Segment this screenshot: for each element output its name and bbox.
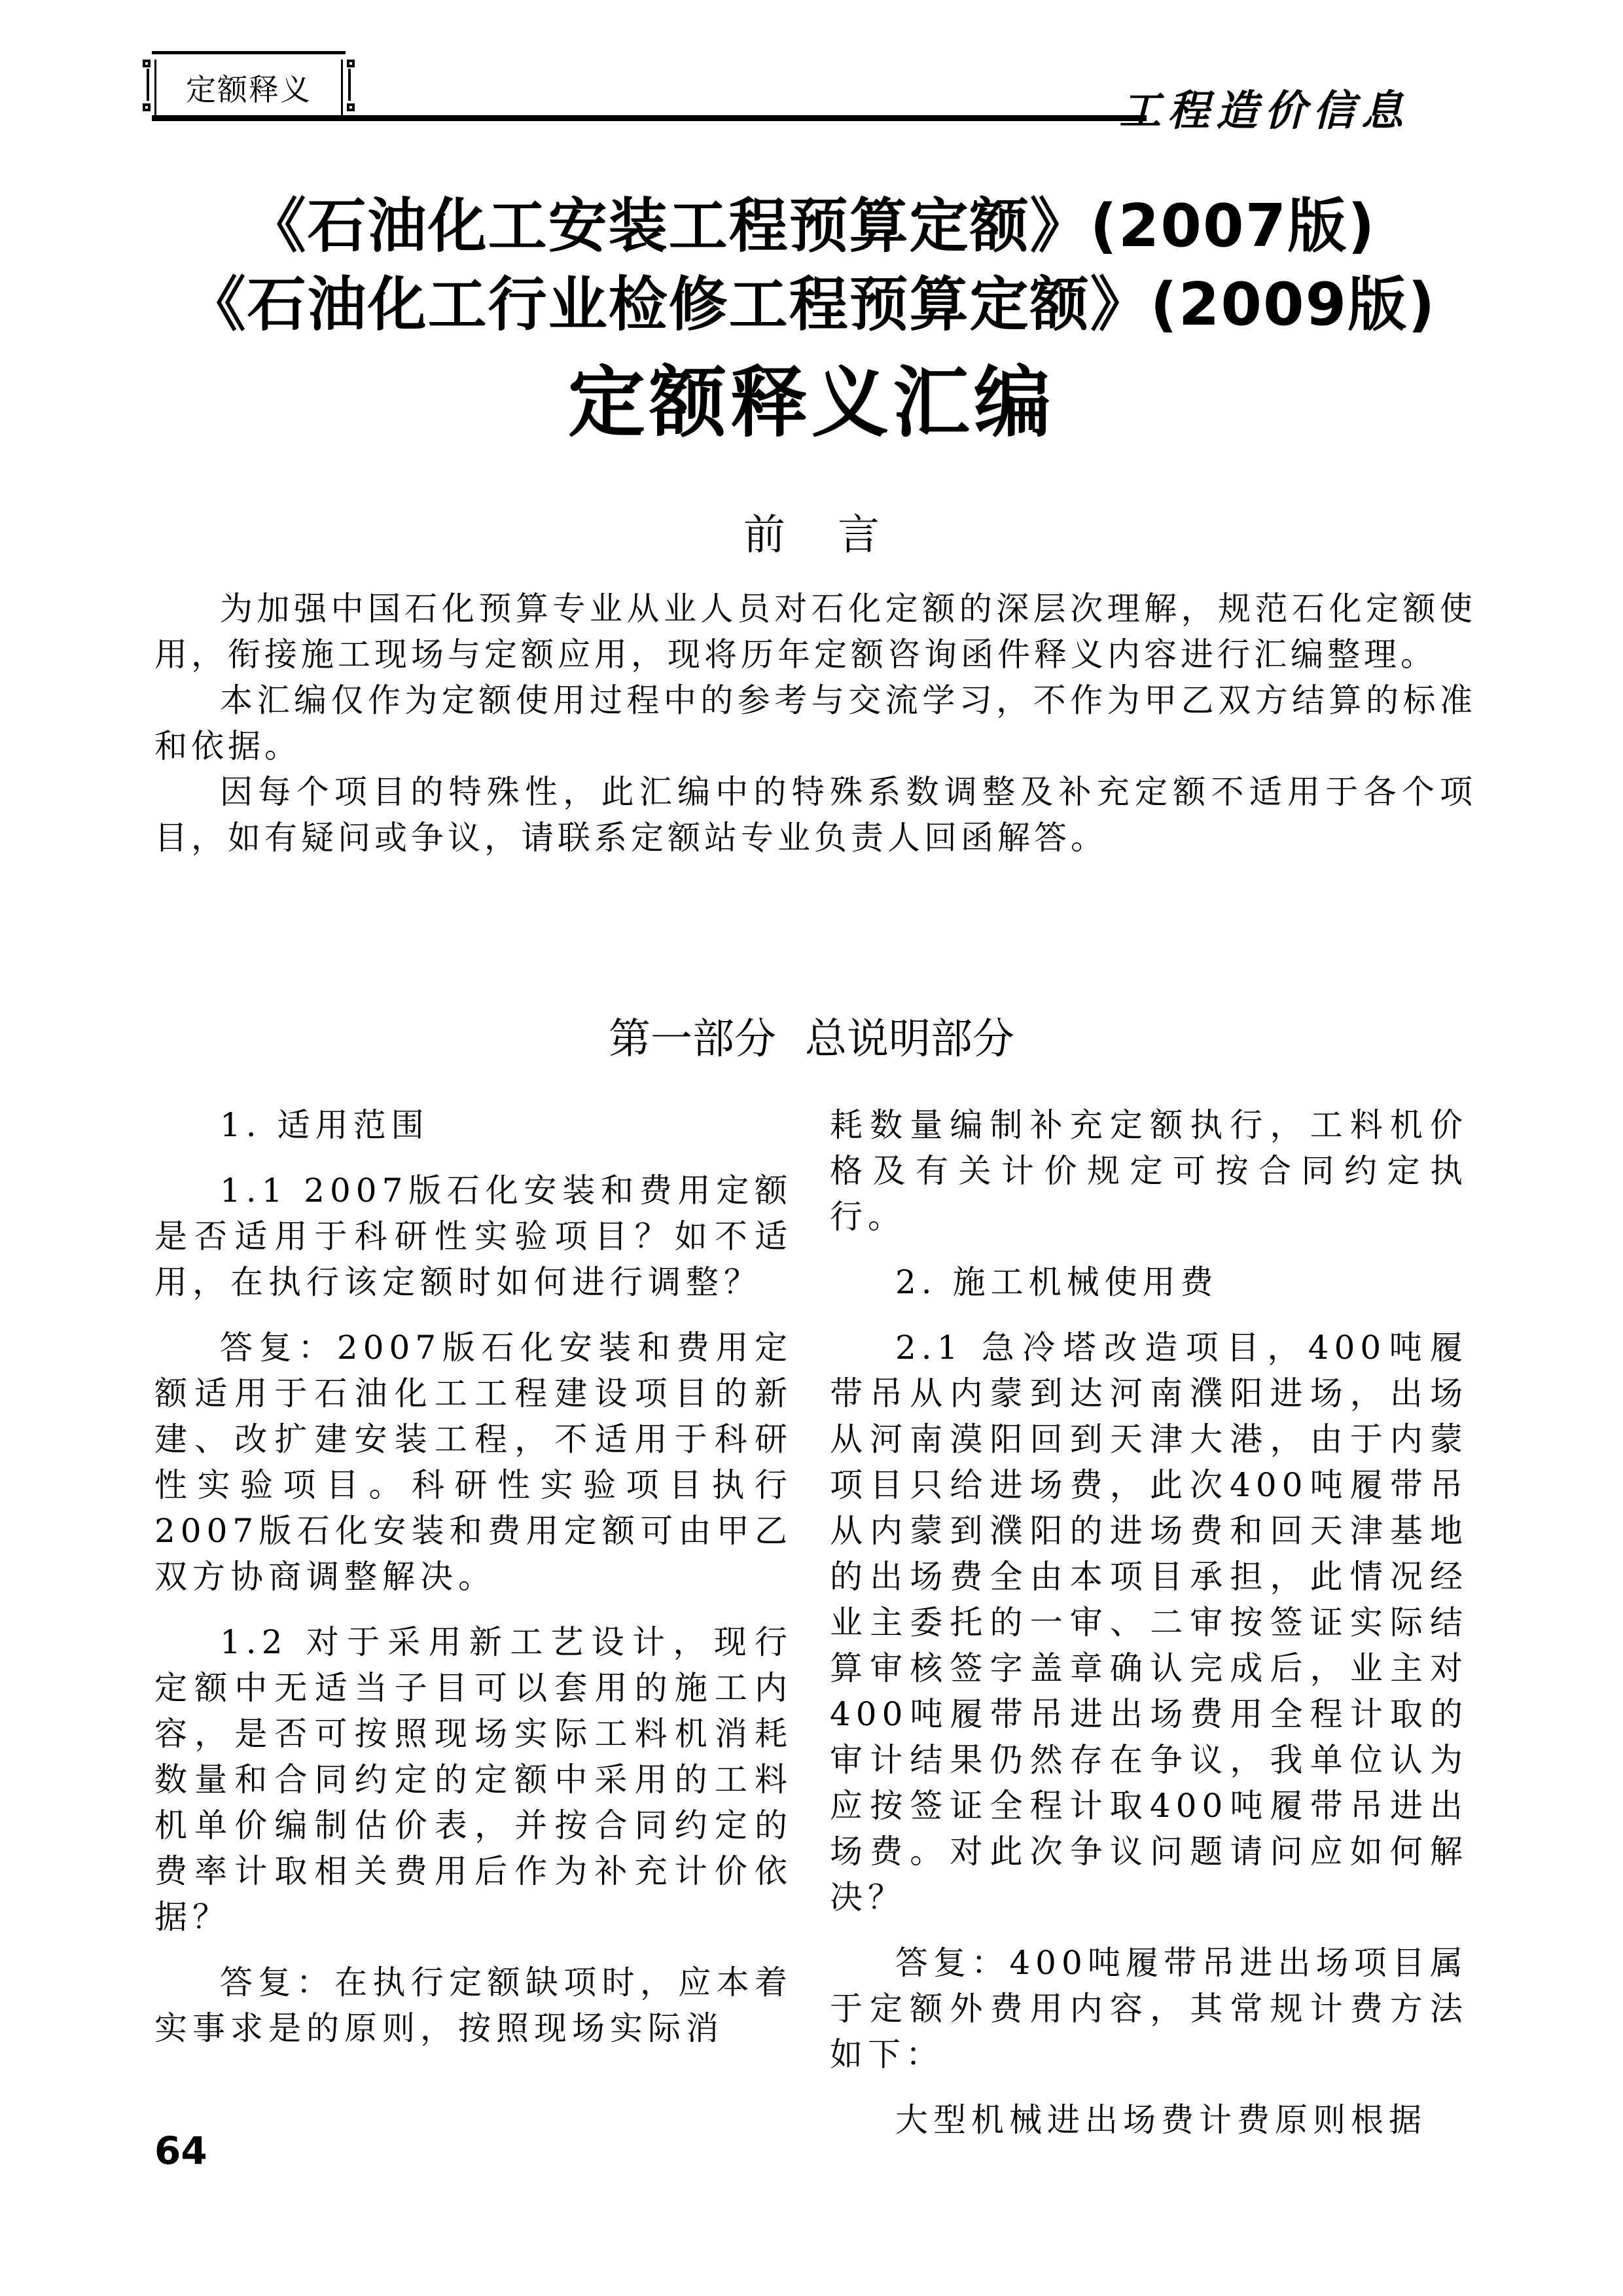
title-line-3: 定额释义汇编 <box>0 340 1623 452</box>
part-number: 第一部分 <box>609 1015 776 1064</box>
question-paragraph: 2.1 急冷塔改造项目，400吨履带吊从内蒙到达河南濮阳进场，出场从河南漠阳回到… <box>830 1325 1468 1920</box>
subsection-heading: 2. 施工机械使用费 <box>830 1259 1468 1305</box>
preface-paragraph: 因每个项目的特殊性，此汇编中的特殊系数调整及补充定额不适用于各个项目，如有疑问或… <box>154 769 1476 861</box>
preface-body: 为加强中国石化预算专业从业人员对石化定额的深层次理解，规范石化定额使用，衔接施工… <box>154 586 1476 861</box>
left-column: 1. 适用范围 1.1 2007版石化安装和费用定额是否适用于科研性实验项目？如… <box>154 1102 793 2071</box>
section-tag-box: 定额释义 <box>152 51 346 115</box>
body-paragraph: 大型机械进出场费计费原则根据 <box>830 2097 1468 2143</box>
question-paragraph: 1.2 对于采用新工艺设计，现行定额中无适当子目可以套用的施工内容，是否可按照现… <box>154 1619 793 1940</box>
part-heading: 第一部分总说明部分 <box>0 1005 1623 1066</box>
header-rule <box>152 115 1147 121</box>
part-name: 总说明部分 <box>805 1015 1014 1064</box>
answer-paragraph: 答复：2007版石化安装和费用定额适用于石油化工工程建设项目的新建、改扩建安装工… <box>154 1325 793 1600</box>
subsection-heading: 1. 适用范围 <box>154 1102 793 1148</box>
preface-heading: 前言 <box>0 501 1623 562</box>
section-tag-label: 定额释义 <box>152 66 346 109</box>
continuation-paragraph: 耗数量编制补充定额执行，工料机价格及有关计价规定可按合同约定执行。 <box>830 1102 1468 1240</box>
journal-name: 工程造价信息 <box>1119 77 1410 137</box>
frame-corner-ornament-icon <box>347 60 355 67</box>
preface-paragraph: 为加强中国石化预算专业从业人员对石化定额的深层次理解，规范石化定额使用，衔接施工… <box>154 586 1476 677</box>
preface-paragraph: 本汇编仅作为定额使用过程中的参考与交流学习，不作为甲乙双方结算的标准和依据。 <box>154 677 1476 769</box>
frame-corner-ornament-icon <box>347 103 355 111</box>
answer-paragraph: 答复：400吨履带吊进出场项目属于定额外费用内容，其常规计费方法如下： <box>830 1940 1468 2077</box>
title-line-1: 《石油化工安装工程预算定额》(2007版) <box>0 178 1623 263</box>
page-number: 64 <box>154 2128 207 2173</box>
title-line-2: 《石油化工行业检修工程预算定额》(2009版) <box>0 257 1623 342</box>
right-column: 耗数量编制补充定额执行，工料机价格及有关计价规定可按合同约定执行。 2. 施工机… <box>830 1102 1468 2162</box>
question-paragraph: 1.1 2007版石化安装和费用定额是否适用于科研性实验项目？如不适用，在执行该… <box>154 1168 793 1305</box>
answer-paragraph: 答复：在执行定额缺项时，应本着实事求是的原则，按照现场实际消 <box>154 1960 793 2051</box>
frame-corner-ornament-icon <box>143 103 151 111</box>
frame-side <box>147 69 149 101</box>
frame-side <box>348 69 351 101</box>
frame-corner-ornament-icon <box>143 60 151 67</box>
